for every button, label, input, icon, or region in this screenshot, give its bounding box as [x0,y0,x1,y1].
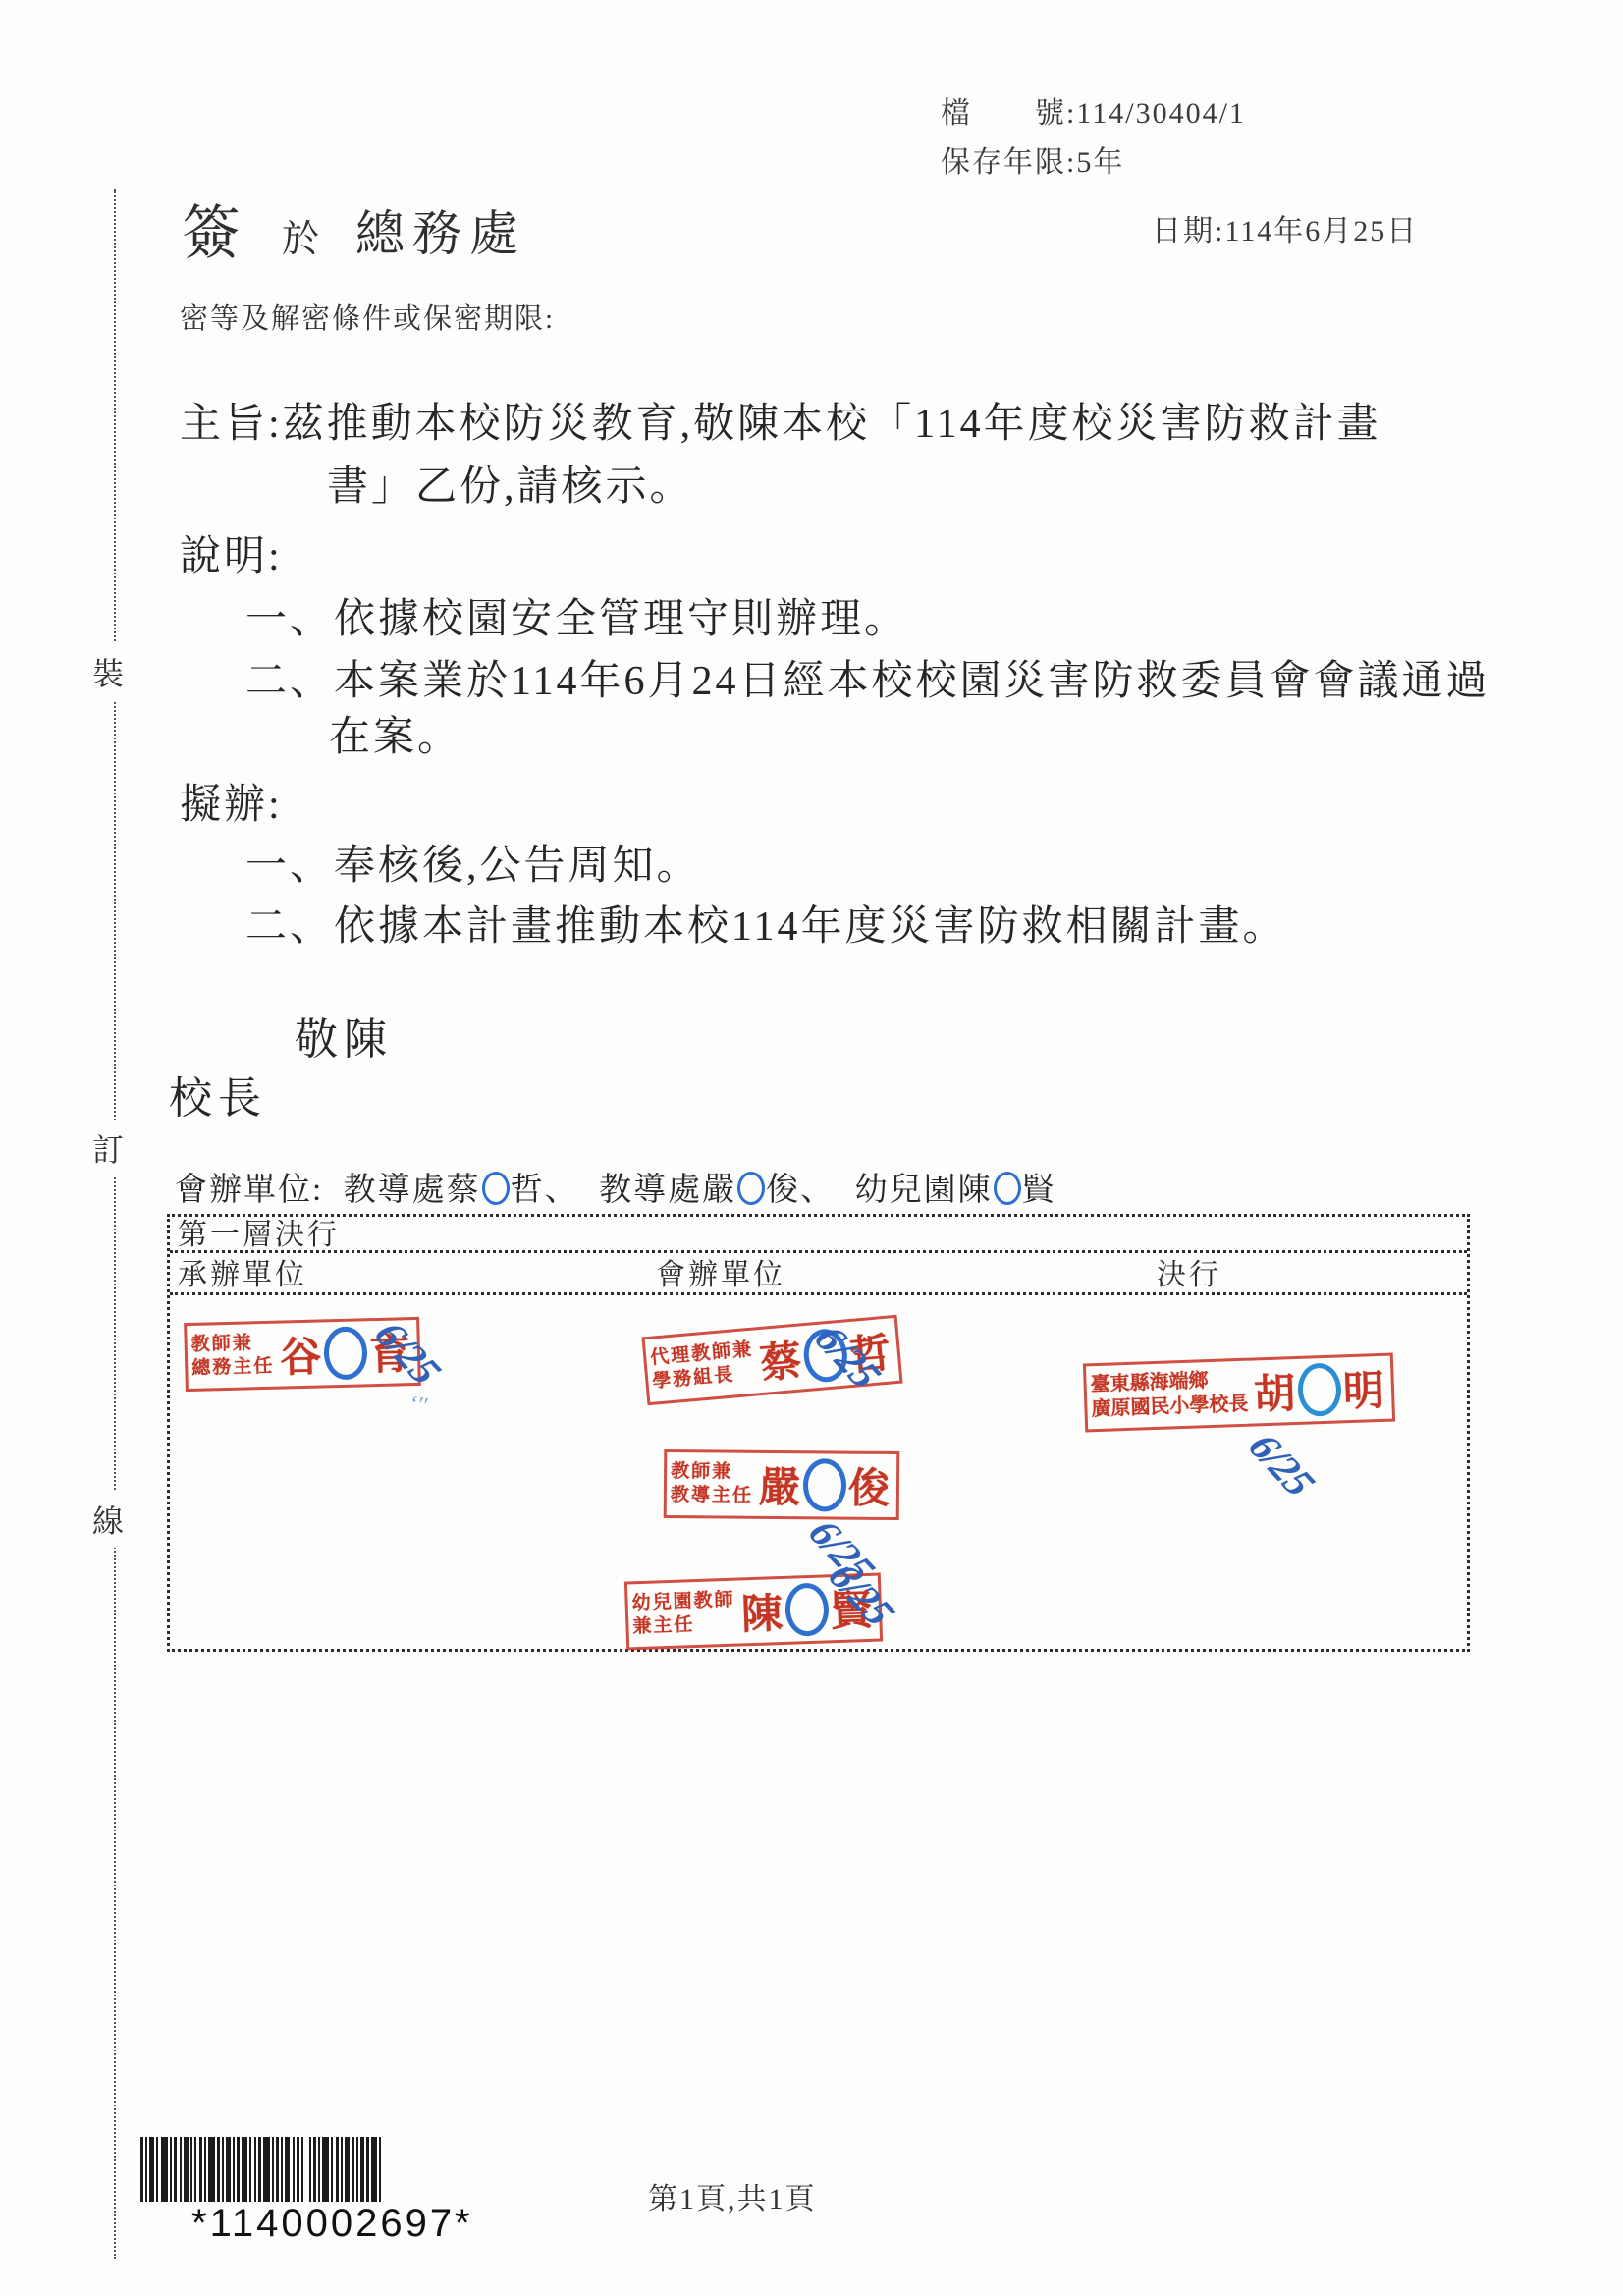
explanation-item2-line1: 二、本案業於114年6月24日經本校校園災害防救委員會會議通過 [245,648,1489,707]
stamp-title: 臺東縣海端鄉 廣原國民小學校長 [1090,1368,1249,1423]
proposal-label: 擬辦: [180,772,283,831]
proposal-item2: 二、依據本計畫推動本校114年度災害防救相關計畫。 [245,894,1286,953]
item-number: 二、 [245,904,334,950]
redaction-circle [737,1172,765,1205]
co-sign-unit: 教導處嚴俊 [599,1173,800,1208]
item-text: 本案業於114年6月24日經本校校園災害防救委員會會議通過 [334,659,1489,704]
explanation-label: 說明: [180,523,283,582]
barcode-bar [208,2137,215,2202]
binding-marker-xian: 線 [92,1491,124,1548]
scanned-official-document: 裝 訂 線 檔 號:114/30404/1 保存年限:5年 簽 於 總務處 日期… [0,0,1623,2296]
subject-text1: 茲推動本校防災教育,敬陳本校「114年度校災害防救計畫 [283,402,1381,447]
barcode-text: *1140002697* [191,2202,473,2246]
stamp-title: 代理教師兼 學務組長 [649,1339,756,1394]
item-text: 依據本計畫推動本校114年度災害防救相關計畫。 [334,904,1286,950]
item-number: 二、 [245,659,334,704]
redaction-circle [482,1172,510,1205]
redaction-circle [1297,1362,1342,1417]
unit-text: 教導處蔡 [344,1173,481,1208]
subject-line2: 書」乙份,請核示。 [327,454,694,513]
stamp-title-line2: 總務主任 [191,1355,275,1381]
unit-text: 賢 [1022,1173,1056,1208]
stamp-instruction-director: 教師兼 教導主任 嚴俊 [664,1449,900,1520]
stamp-title: 幼兒園教師 兼主任 [631,1589,736,1639]
co-sign-unit: 幼兒園陳賢 [855,1173,1056,1208]
stamp-title-line2: 教導主任 [671,1484,753,1507]
stamp-given-name: 俊 [848,1456,892,1515]
col-undertaking-unit: 承辦單位 [178,1256,307,1295]
doc-at-label: 於 [282,208,319,262]
redaction-circle [994,1172,1021,1205]
stamp-surname: 陳 [740,1581,784,1641]
approval-tier-row: 第一層決行 [170,1217,1467,1253]
stamp-title-line2: 廣原國民小學校長 [1091,1393,1249,1423]
doc-date-line: 日期:114年6月25日 [1152,206,1418,249]
unit-text: 幼兒園陳 [855,1173,993,1208]
co-sign-label: 會辦單位: [175,1173,323,1208]
stamp-title: 教師兼 教導主任 [671,1460,753,1507]
stamp-surname: 胡 [1253,1361,1297,1421]
stamp-given-name: 明 [1342,1358,1386,1418]
co-sign-line: 會辦單位: 教導處蔡哲、 教導處嚴俊、 幼兒園陳賢 [175,1164,1056,1210]
file-number-value: 114/30404/1 [1076,97,1246,130]
doc-type-sign: 簽 [182,187,241,271]
date-value: 114年6月25日 [1224,215,1418,247]
closing-respectfully: 敬陳 [295,1004,393,1066]
explanation-item1: 一、依據校園安全管理守則辦理。 [245,586,908,645]
redaction-circle [323,1326,367,1380]
barcode-bar [161,2137,168,2202]
doc-office: 總務處 [355,194,526,265]
closing-principal: 校長 [169,1063,267,1125]
subject-line1: 主旨:茲推動本校防災教育,敬陳本校「114年度校災害防救計畫 [180,391,1381,450]
col-co-sign-unit: 會辦單位 [656,1256,785,1295]
item-text: 依據校園安全管理守則辦理。 [334,597,908,642]
co-sign-unit: 教導處蔡哲 [344,1173,545,1208]
secrecy-line: 密等及解密條件或保密期限: [180,297,555,337]
unit-text: 教導處嚴 [599,1173,736,1208]
barcode-gap [381,2137,383,2202]
retention-label: 保存年限: [941,146,1076,179]
redaction-circle [784,1582,830,1637]
item-number: 一、 [245,597,334,642]
stamp-title-line2: 兼主任 [632,1613,736,1639]
stamp-principal: 臺東縣海端鄉 廣原國民小學校長 胡明 [1083,1353,1395,1433]
approval-header-row: 承辦單位 會辦單位 決行 [170,1256,1467,1295]
unit-text: 俊 [766,1173,800,1208]
barcode [140,2137,453,2202]
subject-label: 主旨: [180,402,283,447]
retention-value: 5年 [1076,146,1124,179]
proposal-item1: 一、奉核後,公告周知。 [245,833,701,892]
date-label: 日期: [1152,215,1224,247]
item-text: 奉核後,公告周知。 [334,844,701,889]
stamp-surname: 蔡 [757,1328,804,1391]
stamp-name: 胡明 [1253,1358,1386,1422]
stamp-surname: 谷 [279,1324,323,1384]
file-number-line: 檔 號:114/30404/1 [941,88,1246,132]
col-decision: 決行 [1157,1256,1221,1295]
file-number-label: 檔 號: [941,97,1076,130]
page-number-info: 第1頁,共1頁 [648,2174,817,2217]
separator: 、 [800,1173,835,1208]
stamp-title: 教師兼 總務主任 [190,1332,274,1381]
binding-marker-zhuang: 裝 [92,643,124,700]
unit-text: 哲 [511,1173,545,1208]
barcode-bar [322,2137,329,2202]
redaction-circle [803,1458,846,1511]
explanation-item2-line2: 在案。 [329,704,461,763]
stamp-title-line1: 教師兼 [671,1460,753,1484]
barcode-bar [263,2137,270,2202]
stamp-name: 嚴俊 [759,1455,892,1515]
retention-line: 保存年限:5年 [941,137,1124,181]
stamp-surname: 嚴 [759,1455,802,1514]
stamp-title-line1: 教師兼 [190,1332,274,1357]
binding-marker-ding: 訂 [92,1120,124,1176]
separator: 、 [545,1173,579,1208]
item-number: 一、 [245,844,334,889]
binding-margin-dotted-line [114,189,116,2259]
